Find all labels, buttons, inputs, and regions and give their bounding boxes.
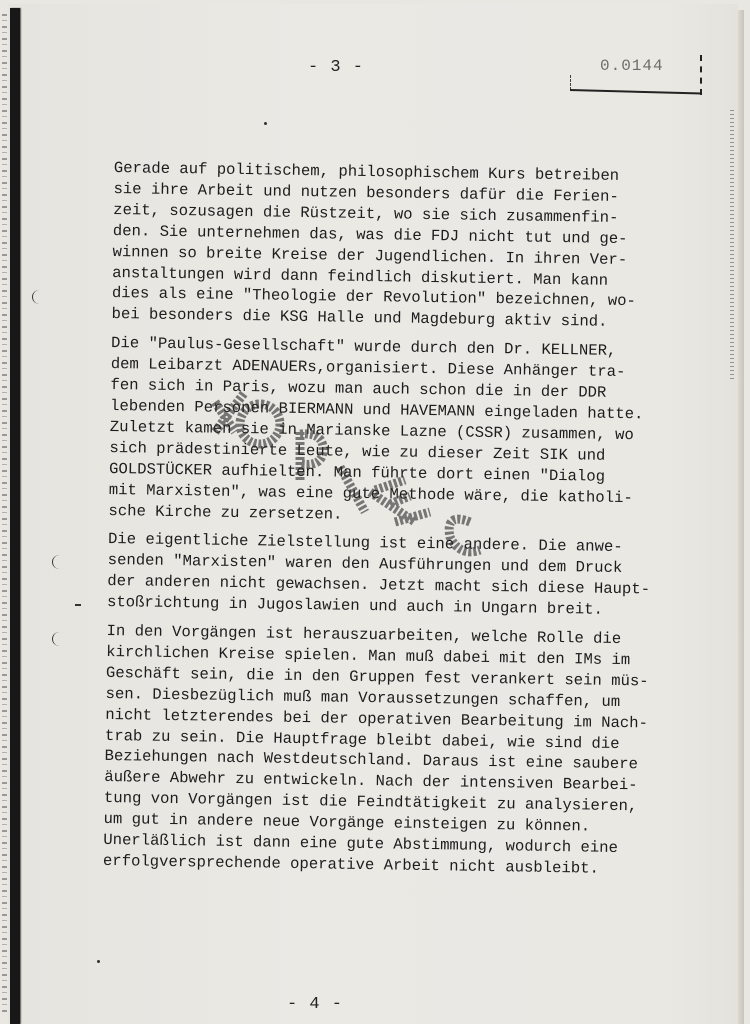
page-edge <box>738 10 744 1024</box>
scan-noise <box>730 110 734 380</box>
binding-strip <box>10 8 20 1024</box>
punch-hole-mark <box>52 555 67 569</box>
archive-number-stamp: 0.0144 <box>570 55 702 95</box>
punch-hole-mark <box>32 290 47 304</box>
paragraph: Die eigentliche Zielstellung ist eine an… <box>107 529 668 621</box>
page-number-top: - 3 - <box>308 58 364 77</box>
ink-speck <box>97 960 100 963</box>
punch-hole-mark <box>52 632 67 646</box>
margin-dash <box>75 604 81 606</box>
page-number-bottom: - 4 - <box>287 995 343 1014</box>
paragraph: In den Vorgängen ist herauszuarbeiten, w… <box>103 621 667 881</box>
stamp-underline <box>570 89 702 94</box>
ink-speck <box>264 122 267 125</box>
stamp-bracket <box>570 75 572 90</box>
archive-number: 0.0144 <box>600 57 664 75</box>
binding-speckle <box>2 14 7 1014</box>
document-body: Gerade auf politischem, philosophischem … <box>103 158 674 889</box>
paragraph: Die "Paulus-Gesellschaft" wurde durch de… <box>108 333 671 530</box>
paragraph: Gerade auf politischem, philosophischem … <box>111 158 674 334</box>
